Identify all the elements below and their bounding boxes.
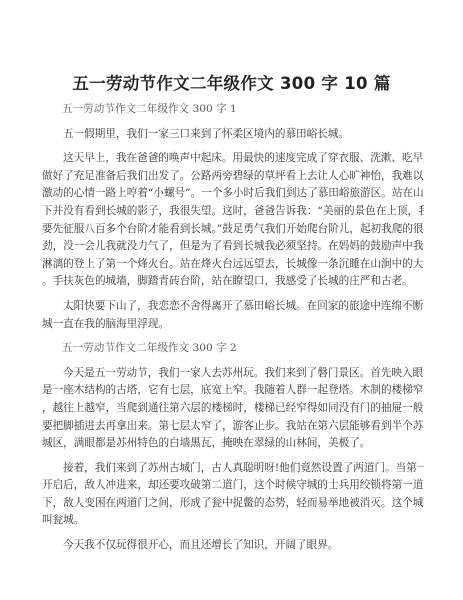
text-line: 今天是五一劳动节，我们一家人去苏州玩。我们来到了磐门景区。首先映入眼帘的: [42, 365, 424, 383]
text-line: 开启后，敌人冲进来，却还要攻破第二道门，这个时候守城的士兵用绞锁将第一道门放: [42, 477, 424, 495]
text-line: 是一座木结构的古塔，它有七层，底宽上窄。我随着人群一起登塔。木制的楼梯窄窄的: [42, 382, 424, 400]
text-line: 劲，没一会儿我就没力气了，但是为了看到长城我必须坚持。在妈妈的鼓励声中我大汗: [42, 238, 424, 256]
text-line: 叫瓮城。: [42, 512, 424, 530]
text-line: 淋漓的登上了第一个烽火台。站在烽火台远远望去，长城像一条沉睡在山涧中的大蟒蛇: [42, 256, 424, 274]
text-line: 太阳快要下山了，我恋恋不舍得离开了慕田峪长城。在回家的旅途中连绵不断的长: [42, 298, 424, 316]
text-line: 激动的心情一路上哼着“小螺号”。一个多小时后我们到达了慕田峪旅游区。站在山脚: [42, 185, 424, 203]
text-line: 这天早上，我在爸爸的唤声中起床。用最快的速度完成了穿衣服、洗漱、吃早点，: [42, 150, 424, 168]
section-heading: 五一劳动节作文二年级作文 300 字 2: [62, 340, 424, 358]
section-heading: 五一劳动节作文二年级作文 300 字 1: [62, 101, 424, 119]
document-body: 五一劳动节作文二年级作文 300 字 1 五一假期里，我们一家三口来到了怀柔区境…: [42, 101, 424, 562]
paragraph: 这天早上，我在爸爸的唤声中起床。用最快的速度完成了穿衣服、洗漱、吃早点， 做好了…: [42, 150, 424, 291]
paragraph: 太阳快要下山了，我恋恋不舍得离开了慕田峪长城。在回家的旅途中连绵不断的长 城一直…: [42, 298, 424, 333]
paragraph: 五一假期里，我们一家三口来到了怀柔区境内的慕田峪长城。: [42, 126, 424, 144]
text-line: 要把脚插进去再拿出来。第七层太窄了，游客止步。我站在第六层能够看到半个苏州古: [42, 418, 424, 436]
text-line: 城区，满眼都是苏州特色的白墙黑瓦，掩映在翠绿的山林间，美极了。: [42, 435, 424, 453]
text-line: 要先征服八百多个台阶才能看到长城。”鼓足勇气我们开始爬台阶儿，起初我爬的很带: [42, 221, 424, 239]
document-page: 五一劳动节作文二年级作文 300 字 10 篇 五一劳动节作文二年级作文 300…: [0, 0, 463, 600]
text-line: 接着，我们来到了苏州古城门，古人真聪明呀!他们竟然设置了两道门。当第一道门: [42, 460, 424, 478]
text-line: 。手扶灰色的城墙，脚踏青砖台阶，站在瞭望口，我感受了长城的庄严和古老。: [42, 273, 424, 291]
text-line: 五一假期里，我们一家三口来到了怀柔区境内的慕田峪长城。: [42, 126, 424, 144]
paragraph: 今天我不仅玩得很开心，而且还增长了知识，开阔了眼界。: [42, 537, 424, 555]
text-line: 下，敌人变困在两道门之间，形成了瓮中捉鳖的态势，轻而易举地被消灭。这个城郭就: [42, 495, 424, 513]
text-line: 下并没有看到长城的影子，我很失望。这时，爸爸告诉我：“美丽的景色在上顶，我们: [42, 203, 424, 221]
text-line: 城一直在我的脑海里浮现。: [42, 316, 424, 334]
document-title: 五一劳动节作文二年级作文 300 字 10 篇: [0, 70, 463, 94]
text-line: 做好了充足准备后我们出发了。公路两旁碧绿的草坪看上去让人心旷神怡，我难以抑制: [42, 168, 424, 186]
paragraph: 接着，我们来到了苏州古城门，古人真聪明呀!他们竟然设置了两道门。当第一道门 开启…: [42, 460, 424, 530]
text-line: 今天我不仅玩得很开心，而且还增长了知识，开阔了眼界。: [42, 537, 424, 555]
text-line: ，越往上越窄，当爬到通往第六层的楼梯时，楼梯已经窄得如同没有门的抽屉一般，需: [42, 400, 424, 418]
paragraph: 今天是五一劳动节，我们一家人去苏州玩。我们来到了磐门景区。首先映入眼帘的 是一座…: [42, 365, 424, 453]
